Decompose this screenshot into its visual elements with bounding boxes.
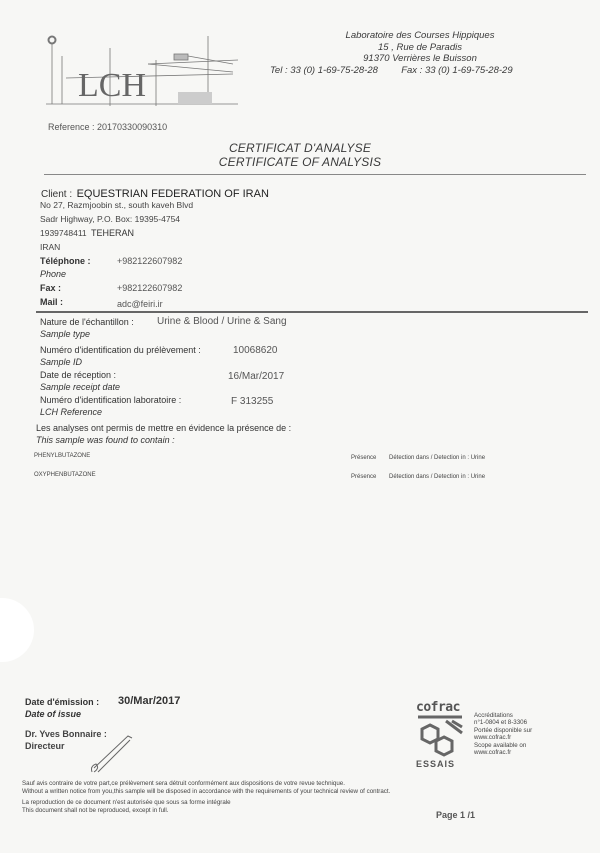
sample-type-label-en: Sample type (40, 329, 90, 339)
lab-address-line1: 15 , Rue de Paradis (270, 42, 570, 54)
title-fr: CERTIFICAT D'ANALYSE (180, 141, 420, 155)
lab-fax: Fax : 33 (0) 1-69-75-28-29 (401, 65, 512, 76)
client-name: EQUESTRIAN FEDERATION OF IRAN (77, 188, 269, 200)
result-1: Présence (351, 455, 376, 461)
phone-label-en: Phone (40, 269, 66, 279)
footer-line3: La reproduction de ce document n'est aut… (22, 799, 390, 807)
lch-logo: LCH (38, 34, 243, 110)
cofrac-line: www.cofrac.fr (474, 734, 532, 741)
client-fax: +982122607982 (117, 283, 182, 293)
cofrac-hexagon-icon (416, 715, 464, 759)
client-address2: Sadr Highway, P.O. Box: 19395-4754 (40, 214, 180, 224)
signature-icon (88, 728, 148, 778)
title-divider (44, 174, 586, 175)
detection-2: Détection dans / Detection in : Urine (389, 474, 485, 480)
issue-date-label: Date d'émission : (25, 697, 99, 707)
cofrac-line: Portée disponible sur (474, 727, 532, 734)
client-label: Client : (41, 189, 72, 200)
client-mail: adc@feiri.ir (117, 299, 163, 309)
sample-id-value: 10068620 (233, 345, 278, 356)
lab-id-label-en: LCH Reference (40, 407, 102, 417)
issue-date-value: 30/Mar/2017 (118, 695, 180, 707)
fax-label: Fax : (40, 283, 61, 293)
title-en: CERTIFICATE OF ANALYSIS (180, 155, 420, 169)
result-2: Présence (351, 474, 376, 480)
lch-building-sketch-icon: LCH (38, 34, 243, 110)
client-address1: No 27, Razmjoobin st., south kaveh Blvd (40, 200, 193, 210)
footer-line2: Without a written notice from you,this s… (22, 788, 390, 796)
receipt-date-label-en: Sample receipt date (40, 382, 120, 392)
detection-1: Détection dans / Detection in : Urine (389, 455, 485, 461)
cofrac-line: Accréditations (474, 712, 532, 719)
cofrac-essais-text: ESSAIS (416, 759, 466, 769)
lab-address-line2: 91370 Verrières le Buisson (270, 53, 570, 65)
client-telephone: +982122607982 (117, 256, 182, 266)
certificate-title: CERTIFICAT D'ANALYSE CERTIFICATE OF ANAL… (180, 141, 420, 169)
lab-id-value: F 313255 (231, 396, 273, 407)
signature (88, 728, 148, 778)
sample-type-value: Urine & Blood / Urine & Sang (157, 316, 287, 327)
sample-id-label-en: Sample ID (40, 357, 82, 367)
mail-label: Mail : (40, 297, 63, 307)
client-country: IRAN (40, 242, 60, 252)
lab-tel: Tel : 33 (0) 1-69-75-28-28 (270, 65, 378, 76)
footer-line1: Sauf avis contraire de votre part,ce pré… (22, 780, 390, 788)
cofrac-line: n°1-0804 et 8-3306 (474, 719, 532, 726)
substance-2: OXYPHENBUTAZONE (34, 472, 96, 478)
issue-date-label-en: Date of issue (25, 709, 81, 719)
findings-intro-en: This sample was found to contain : (36, 435, 175, 445)
substance-1: PHENYLBUTAZONE (34, 453, 90, 459)
punch-hole (0, 598, 34, 662)
cofrac-logo: cofrac ESSAIS (416, 700, 466, 774)
signer-title: Directeur (25, 741, 65, 751)
findings-intro-fr: Les analyses ont permis de mettre en évi… (36, 423, 291, 433)
lab-id-label: Numéro d'identification laboratoire : (40, 395, 181, 405)
sample-id-label: Numéro d'identification du prélèvement : (40, 345, 201, 355)
reference-number: Reference : 20170330090310 (48, 122, 167, 132)
sample-type-label: Nature de l'échantillon : (40, 317, 134, 327)
client-postal: 1939748411 (40, 228, 87, 238)
telephone-label: Téléphone : (40, 256, 91, 266)
page-number: Page 1 /1 (436, 810, 475, 820)
client-city: TEHERAN (91, 228, 134, 238)
footer-notice: Sauf avis contraire de votre part,ce pré… (22, 780, 390, 814)
cofrac-line: Scope available on (474, 742, 532, 749)
receipt-date-value: 16/Mar/2017 (228, 371, 284, 382)
cofrac-line: www.cofrac.fr (474, 749, 532, 756)
receipt-date-label: Date de réception : (40, 370, 116, 380)
footer-line4: This document shall not be reproduced, e… (22, 807, 390, 815)
lab-name: Laboratoire des Courses Hippiques (270, 30, 570, 42)
client-divider (36, 311, 588, 313)
cofrac-logo-text: cofrac (416, 700, 466, 715)
cofrac-accreditation-text: Accréditations n°1-0804 et 8-3306 Portée… (474, 712, 532, 756)
logo-letters: LCH (78, 67, 146, 104)
lab-address-block: Laboratoire des Courses Hippiques 15 , R… (270, 30, 570, 76)
